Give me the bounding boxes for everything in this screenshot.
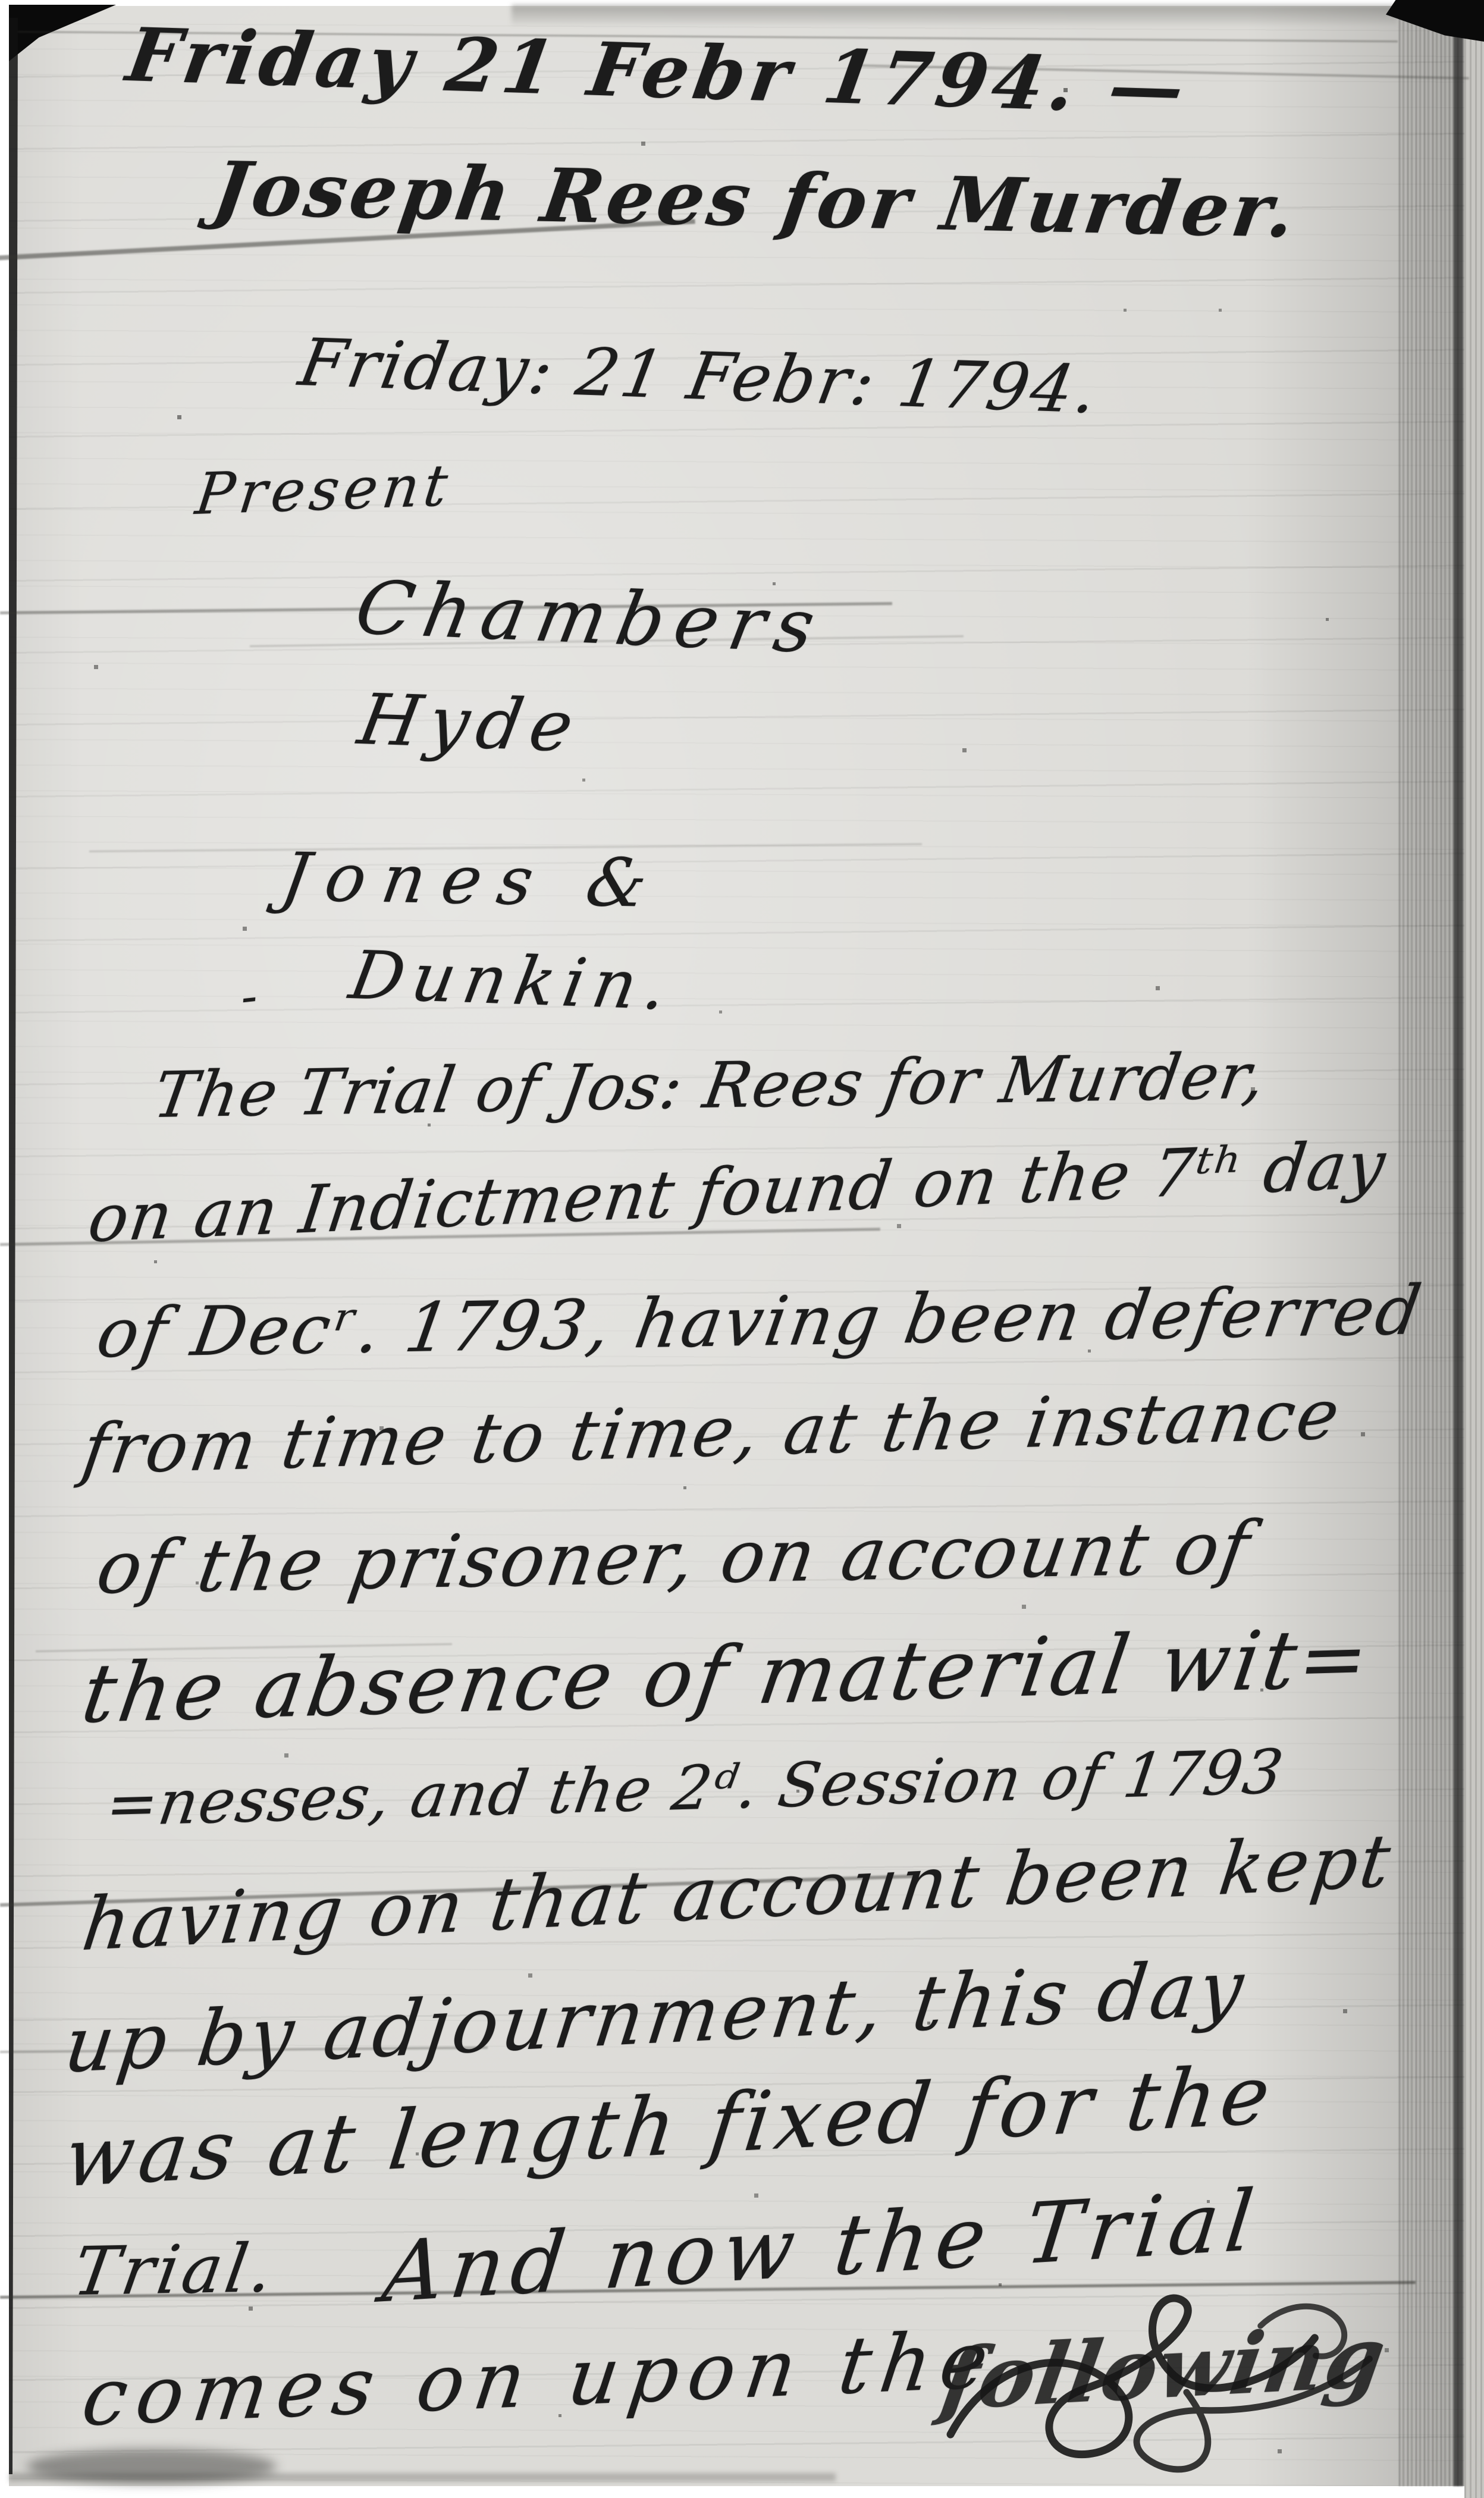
present-label: Present bbox=[192, 452, 456, 528]
binding-gutter-band bbox=[1399, 0, 1461, 2486]
judge-name-jones: Jones & bbox=[277, 839, 669, 922]
adjacent-page-edge bbox=[1464, 0, 1484, 2498]
flourish-scribble-icon bbox=[925, 2262, 1400, 2498]
top-edge-shadow bbox=[512, 5, 1398, 25]
closing-trial-word: Trial. bbox=[68, 2230, 282, 2311]
manuscript-scan-page: Friday 21 Febr 1794. — Joseph Rees for M… bbox=[0, 0, 1484, 2498]
judge-name-dunkin: Dunkin. bbox=[344, 937, 681, 1025]
binding-edge-line bbox=[1454, 0, 1463, 2486]
paper-specks bbox=[0, 0, 2, 2]
judge-name-hyde: Hyde bbox=[353, 678, 588, 767]
bottom-edge-shadow bbox=[9, 2473, 836, 2481]
